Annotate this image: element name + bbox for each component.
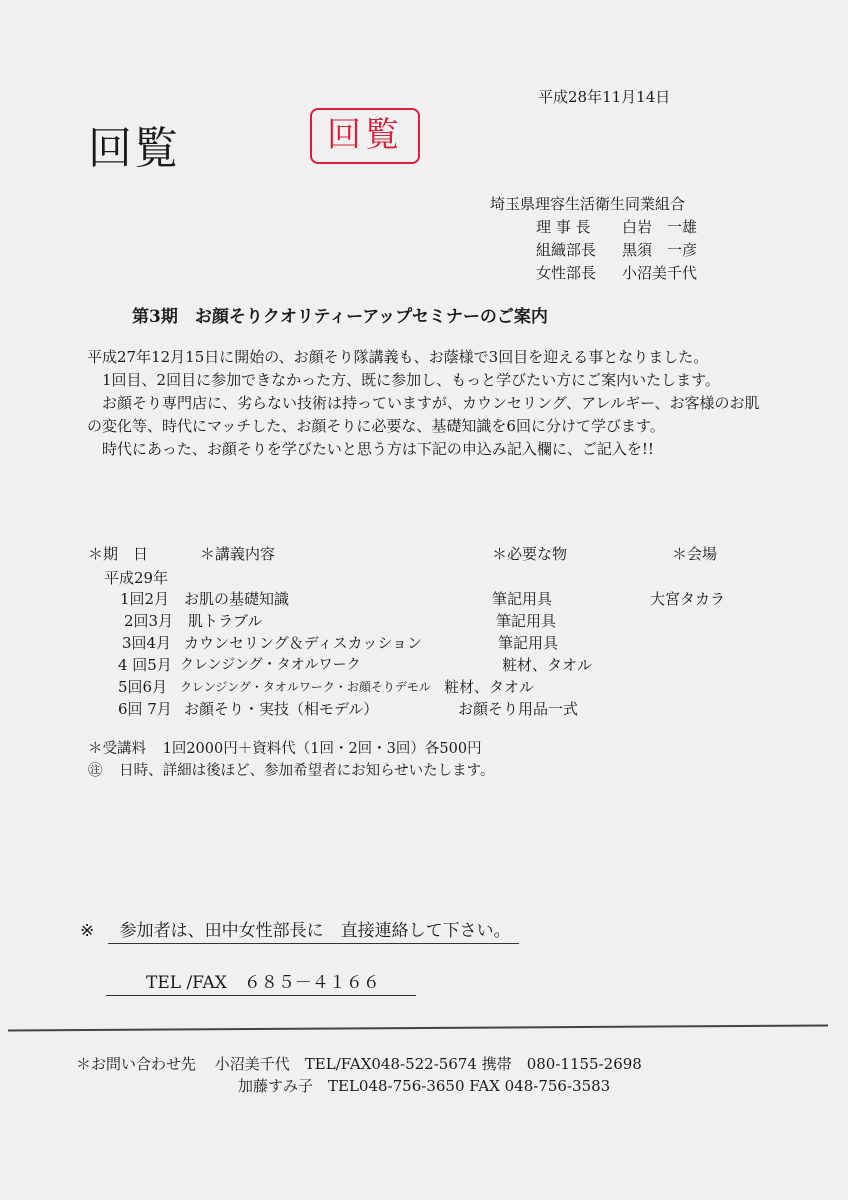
paragraph: 1回目、2回目に参加できなかった方、既に参加し、もっと学びたい方にご案内いたしま… <box>87 369 767 392</box>
contact-notice-text: 参加者は、田中女性部長に 直接連絡して下さい。 <box>108 921 519 944</box>
session-venue: 大宮タカラ <box>650 588 725 609</box>
document-date: 平成28年11月14日 <box>538 86 670 107</box>
officer-row: 理 事 長 白岩 一雄 <box>536 216 697 239</box>
inquiry-line-1: 小沼美千代 TEL/FAX048-522-5674 携帯 080-1155-26… <box>215 1055 642 1073</box>
session-items: 粧材、タオル <box>502 654 592 675</box>
session-content: クレンジング・タオルワーク・お顔そりデモル <box>180 678 431 695</box>
officer-role: 理 事 長 <box>536 216 622 239</box>
session-date: 4 回5月 <box>118 654 172 675</box>
officer-role: 組織部長 <box>536 239 622 262</box>
note-text: 日時、詳細は後ほど、参加希望者にお知らせいたします。 <box>119 763 494 779</box>
fee-label: ＊受講料 <box>88 741 146 757</box>
inquiry-block: ＊お問い合わせ先 小沼美千代 TEL/FAX048-522-5674 携帯 08… <box>76 1053 642 1097</box>
contact-tel: TEL /FAX ６８５－４１６６ <box>106 968 416 996</box>
session-date: 5回6月 <box>118 676 167 697</box>
session-content: お肌の基礎知識 <box>184 588 289 609</box>
reference-mark-icon: ※ <box>80 921 94 941</box>
document-title: 回覧 <box>88 112 180 176</box>
organization-name: 埼玉県理容生活衛生同業組合 <box>490 193 697 216</box>
session-items: 筆記用具 <box>498 632 558 653</box>
inquiry-label: ＊お問い合わせ先 <box>76 1055 196 1073</box>
session-content: お顔そり・実技（相モデル） <box>184 698 378 719</box>
paragraph: 平成27年12月15日に開始の、お顔そり隊講義も、お蔭様で3回目を迎える事となり… <box>87 346 767 369</box>
header-venue: ＊会場 <box>672 543 717 564</box>
session-date: 1回2月 <box>120 588 169 609</box>
officer-row: 組織部長 黒須 一彦 <box>536 239 697 262</box>
session-items: お顔そり用品一式 <box>458 698 578 719</box>
session-content: 肌トラブル <box>188 610 262 631</box>
note-mark-icon: ㊟ <box>88 763 103 779</box>
organization-block: 埼玉県理容生活衛生同業組合 理 事 長 白岩 一雄 組織部長 黒須 一彦 女性部… <box>490 193 697 285</box>
circulation-stamp: 回覧 <box>310 108 420 164</box>
divider <box>8 1024 828 1031</box>
session-items: 粧材、タオル <box>444 676 534 697</box>
header-items: ＊必要な物 <box>492 543 567 564</box>
inquiry-line-2: 加藤すみ子 TEL048-756-3650 FAX 048-756-3583 <box>76 1075 642 1097</box>
fee-text: 1回2000円＋資料代（1回・2回・3回）各500円 <box>163 741 482 757</box>
officer-name: 黒須 一彦 <box>622 239 697 262</box>
seminar-heading: 第3期 お顔そりクオリティーアップセミナーのご案内 <box>132 302 548 327</box>
fee-block: ＊受講料 1回2000円＋資料代（1回・2回・3回）各500円 ㊟ 日時、詳細は… <box>88 738 495 782</box>
schedule-year: 平成29年 <box>104 567 168 588</box>
body-text: 平成27年12月15日に開始の、お顔そり隊講義も、お蔭様で3回目を迎える事となり… <box>87 346 767 461</box>
paragraph: お顔そり専門店に、劣らない技術は持っていますが、カウンセリング、アレルギー、お客… <box>87 392 767 438</box>
paragraph: 時代にあった、お顔そりを学びたいと思う方は下記の申込み記入欄に、ご記入を!! <box>87 438 767 461</box>
session-content: クレンジング・タオルワーク <box>180 654 361 674</box>
officer-role: 女性部長 <box>536 262 622 285</box>
session-items: 筆記用具 <box>496 610 556 631</box>
session-date: 2回3月 <box>124 610 173 631</box>
officer-name: 小沼美千代 <box>622 262 697 285</box>
header-content: ＊講義内容 <box>200 543 275 564</box>
session-date: 6回 7月 <box>118 698 172 719</box>
officer-row: 女性部長 小沼美千代 <box>536 262 697 285</box>
officer-name: 白岩 一雄 <box>622 216 697 239</box>
session-items: 筆記用具 <box>492 588 552 609</box>
contact-notice: ※ 参加者は、田中女性部長に 直接連絡して下さい。 <box>80 916 519 941</box>
session-date: 3回4月 <box>122 632 171 653</box>
header-date: ＊期 日 <box>88 543 148 564</box>
session-content: カウンセリング＆ディスカッション <box>184 632 422 653</box>
